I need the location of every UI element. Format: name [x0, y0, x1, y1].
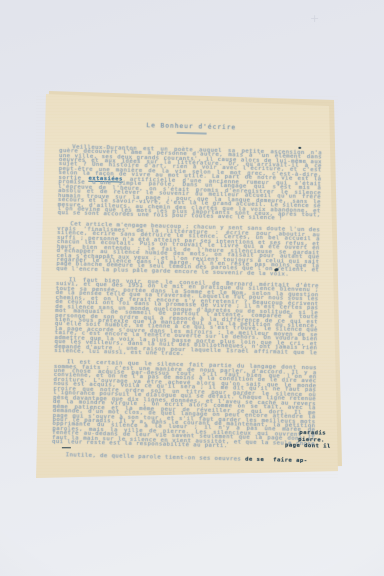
paragraph-1: Veilleux-Duranton est un poète auquel sa…: [58, 145, 323, 223]
paragraph-1-continued: artificielle d'une ancienne rumeur qui s…: [58, 176, 322, 222]
background-cross-mark: +: [310, 12, 319, 25]
handwritten-underline-mark: [62, 447, 71, 448]
title-underline: [176, 132, 206, 134]
ink-mark: [298, 147, 301, 149]
document-body: Veilleux-Duranton est un poète auquel sa…: [52, 145, 323, 464]
paragraph-2: Cet article m'engage beaucoup ; chacun y…: [56, 222, 320, 277]
margin-annotation-pierre: pierre.: [298, 437, 325, 442]
photo-scene: + Le Bonheur d'écrire Veilleux-Duranton …: [0, 0, 384, 576]
paragraph-3: Il faut bien voir que le conseil de Bern…: [54, 278, 319, 360]
closing-dark-fragment-2: faire ap-: [273, 457, 308, 464]
closing-dark-fragment-1: de se: [245, 456, 264, 462]
typed-text-layer: Le Bonheur d'écrire Veilleux-Duranton es…: [52, 116, 323, 463]
paragraph-4: Il est certain que le silence fait parti…: [52, 360, 317, 451]
margin-annotation-paradis: paradis: [299, 431, 326, 436]
margin-annotation-page-dont-il: page dont il: [285, 444, 331, 450]
document-title: Le Bonheur d'écrire: [60, 122, 323, 133]
